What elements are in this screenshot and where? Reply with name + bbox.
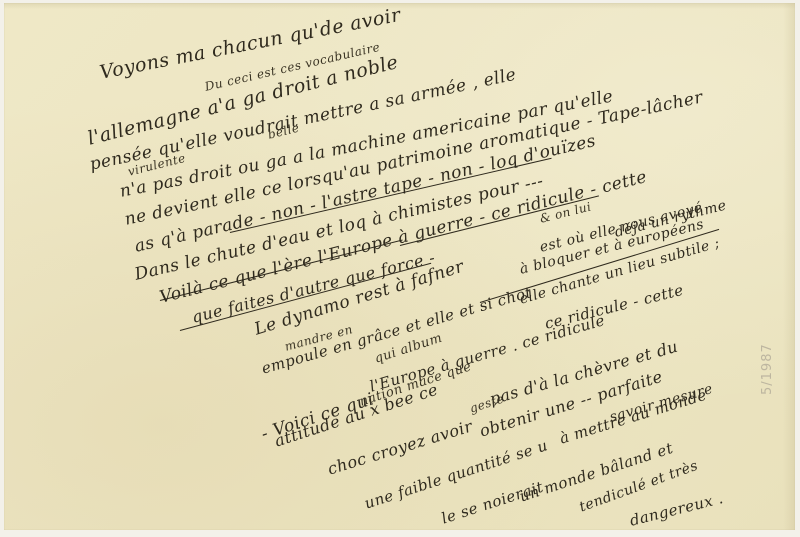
archive-stamp-number: 5/1987 — [760, 343, 775, 395]
paper-right-edge — [783, 3, 795, 530]
paper-top-edge — [4, 3, 795, 9]
